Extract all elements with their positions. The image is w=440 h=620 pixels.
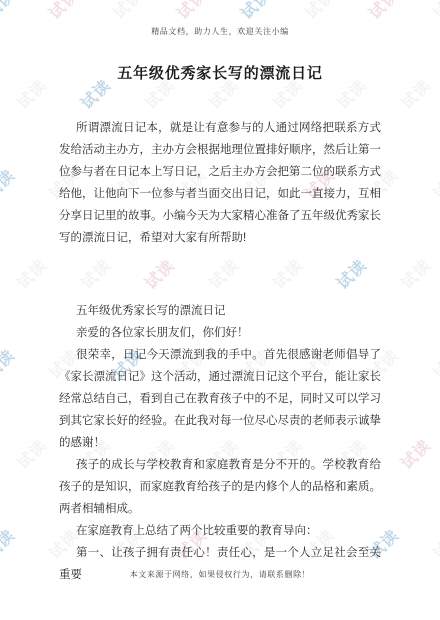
watermark-text: 试读 (427, 0, 440, 24)
paragraph: 在家庭教育上总结了两个比较重要的教育导向： (59, 520, 381, 542)
watermark-text: 试读 (395, 253, 435, 293)
watermark-text: 试读 (43, 0, 83, 24)
footer-note: 本文来源于网络，如果侵权行为，请联系删除！ (0, 569, 440, 580)
watermark-text: 试读 (395, 433, 435, 473)
paragraph: 所谓漂流日记本，就是让有意参与的人通过网络把联系方式发给活动主办方，主办方会根据… (59, 117, 381, 249)
paragraph: 五年级优秀家长写的漂流日记 (59, 300, 381, 322)
page-title: 五年级优秀家长写的漂流日记 (0, 62, 440, 83)
watermark-text: 试读 (235, 0, 275, 24)
watermark-text: 试读 (0, 523, 19, 563)
watermark-text: 试读 (0, 163, 19, 203)
header-note: 精品文档，助力人生，欢迎关注小编 (0, 26, 440, 37)
document-page: 试读试读试读试读试读试读试读试读试读试读试读试读试读试读试读试读试读试读试读试读… (0, 0, 440, 620)
doc-body: 所谓漂流日记本，就是让有意参与的人通过网络把联系方式发给活动主办方，主办方会根据… (59, 117, 381, 586)
watermark-text: 试读 (11, 433, 51, 473)
paragraph: 孩子的成长与学校教育和家庭教育是分不开的。学校教育给孩子的是知识，而家庭教育给孩… (59, 454, 381, 520)
watermark-text: 试读 (11, 253, 51, 293)
watermark-text: 试读 (299, 0, 339, 24)
watermark-text: 试读 (171, 0, 211, 24)
watermark-text: 试读 (427, 523, 440, 563)
watermark-text: 试读 (427, 343, 440, 383)
watermark-text: 试读 (363, 0, 403, 24)
watermark-text: 试读 (107, 0, 147, 24)
paragraph: 很荣幸，日记今天漂流到我的手中。首先很感谢老师倡导了《家长漂流日记》这个活动，通… (59, 344, 381, 454)
watermark-text: 试读 (0, 343, 19, 383)
watermark-text: 试读 (0, 0, 19, 24)
paragraph: 亲爱的各位家长朋友们，你们好！ (59, 322, 381, 344)
watermark-text: 试读 (427, 163, 440, 203)
